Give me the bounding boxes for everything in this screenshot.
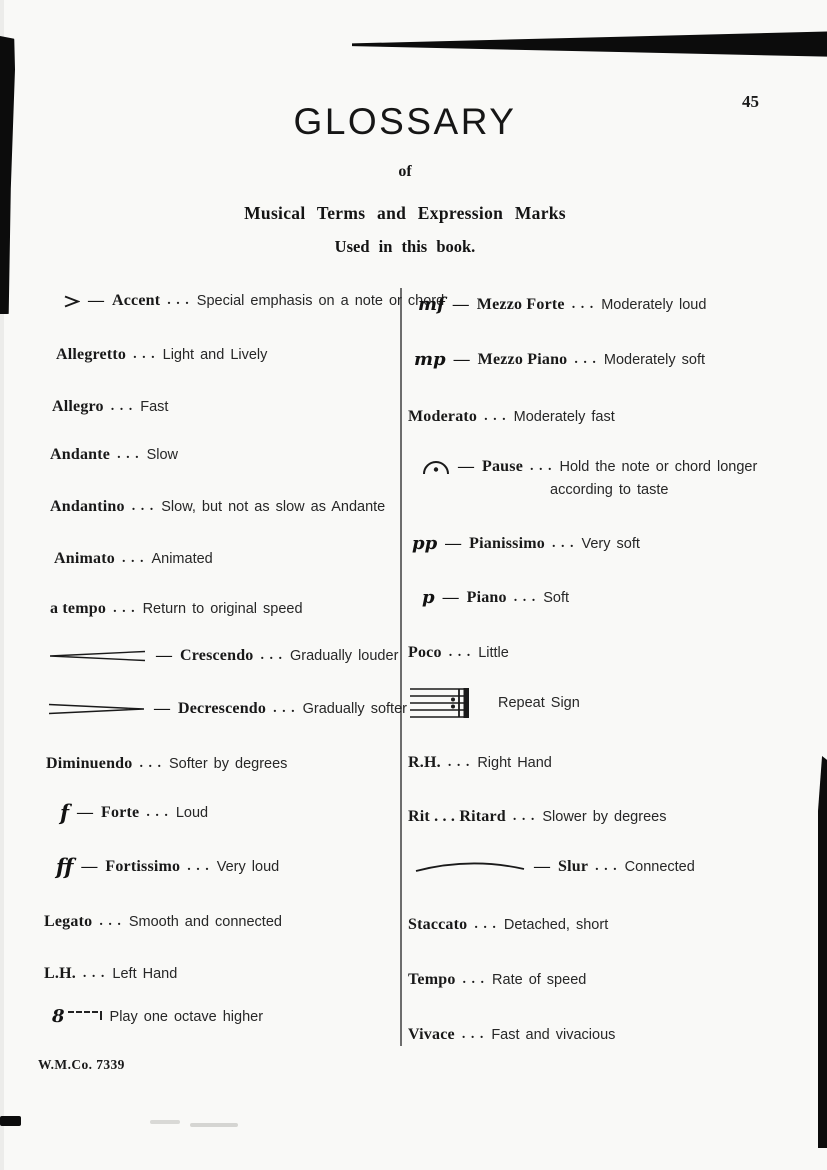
glossary-entry-line: Tempo. . .Rate of speed: [408, 971, 586, 989]
dots-separator: . . .: [261, 648, 284, 664]
glossary-entry: Vivace. . .Fast and vivacious: [408, 1026, 615, 1044]
glossary-entry-line: Andante. . .Slow: [50, 446, 178, 464]
piano-icon: p: [422, 589, 435, 607]
glossary-entry-line: p—Piano. . .Soft: [422, 589, 569, 607]
glossary-entry: Tempo. . .Rate of speed: [408, 971, 586, 989]
dots-separator: . . .: [117, 447, 140, 463]
term-label: Poco: [408, 644, 442, 662]
glossary-entry: —Accent. . .Special emphasis on a note o…: [64, 292, 444, 310]
glossary-entry: Allegro. . .Fast: [52, 398, 168, 416]
slur-icon: [414, 860, 526, 874]
dash-separator: —: [534, 858, 550, 876]
term-label: Crescendo: [180, 647, 254, 665]
term-label: Piano: [467, 589, 507, 607]
glossary-entry-line: Andantino. . .Slow, but not as slow as A…: [50, 498, 385, 516]
definition-text: Slow, but not as slow as Andante: [161, 499, 385, 515]
definition-text: Hold the note or chord longer: [560, 459, 758, 475]
pianissimo-icon: pp: [412, 535, 437, 553]
mezzo-forte-icon: mf: [418, 296, 445, 314]
term-label: Moderato: [408, 408, 477, 426]
glossary-entry-line: R.H.. . .Right Hand: [408, 754, 552, 772]
dots-separator: . . .: [133, 347, 156, 363]
definition-text: Gradually softer: [303, 701, 407, 717]
dots-separator: . . .: [187, 859, 210, 875]
term-label: Pause: [482, 458, 523, 476]
definition-text: Slow: [147, 447, 178, 463]
glossary-entry-line: —Crescendo. . .Gradually louder: [48, 647, 398, 665]
definition-text-line2: according to taste: [550, 482, 757, 498]
dots-separator: . . .: [514, 590, 537, 606]
dots-separator: . . .: [574, 352, 597, 368]
definition-text: Animated: [151, 551, 212, 567]
dots-separator: . . .: [595, 859, 618, 875]
dots-separator: . . .: [572, 297, 595, 313]
dash-separator: —: [154, 700, 170, 718]
glossary-entry-line: —Accent. . .Special emphasis on a note o…: [64, 292, 444, 310]
dash-separator: —: [77, 804, 93, 822]
dots-separator: . . .: [113, 601, 136, 617]
definition-text: Moderately loud: [601, 297, 706, 313]
term-label: Animato: [54, 550, 115, 568]
glossary-entry-line: mf—Mezzo Forte. . .Moderately loud: [418, 296, 706, 314]
definition-text: Fast: [140, 399, 168, 415]
glossary-entry: Legato. . .Smooth and connected: [44, 913, 282, 931]
glossary-entry: pp—Pianissimo. . .Very soft: [412, 535, 640, 553]
definition-text: Moderately soft: [604, 352, 705, 368]
term-label: Pianissimo: [469, 535, 545, 553]
definition-text: Little: [478, 645, 509, 661]
dots-separator: . . .: [484, 409, 507, 425]
glossary-entry-line: ff—Fortissimo. . .Very loud: [56, 856, 279, 877]
definition-text: Left Hand: [112, 966, 177, 982]
dash-separator: —: [454, 351, 470, 369]
definition-text: Play one octave higher: [110, 1009, 264, 1025]
definition-text: Very soft: [581, 536, 639, 552]
glossary-entry-line: Repeat Sign: [410, 686, 580, 720]
repeat-sign-icon: [410, 686, 472, 720]
glossary-entry: a tempo. . .Return to original speed: [50, 600, 303, 618]
dash-separator: —: [453, 296, 469, 314]
glossary-entry: ff—Fortissimo. . .Very loud: [56, 856, 279, 877]
decrescendo-icon: [46, 702, 146, 716]
term-label: Allegretto: [56, 346, 126, 364]
term-label: Andante: [50, 446, 110, 464]
glossary-entry: L.H.. . .Left Hand: [44, 965, 177, 983]
definition-text: Special emphasis on a note or chord: [197, 293, 444, 309]
term-label: Diminuendo: [46, 755, 132, 773]
term-label: R.H.: [408, 754, 441, 772]
dash-separator: —: [81, 858, 97, 876]
glossary-entry-line: —Decrescendo. . .Gradually softer: [46, 700, 407, 718]
glossary-entry-line: 8Play one octave higher: [52, 1008, 263, 1026]
definition-text: Loud: [176, 805, 208, 821]
term-label: a tempo: [50, 600, 106, 618]
definition-text: Repeat Sign: [498, 695, 580, 711]
glossary-entry-line: Vivace. . .Fast and vivacious: [408, 1026, 615, 1044]
term-label: Forte: [101, 804, 139, 822]
dots-separator: . . .: [99, 914, 122, 930]
dash-separator: —: [443, 589, 459, 607]
dots-separator: . . .: [167, 293, 190, 309]
glossary-entry-line: Allegro. . .Fast: [52, 398, 168, 416]
dash-separator: —: [88, 292, 104, 310]
dots-separator: . . .: [273, 701, 296, 717]
glossary-entry-line: —Slur. . .Connected: [414, 858, 695, 876]
term-label: Slur: [558, 858, 588, 876]
glossary-entry-line: —Pause. . .Hold the note or chord longer: [422, 458, 757, 476]
glossary-entry: Repeat Sign: [410, 686, 580, 720]
dots-separator: . . .: [146, 805, 169, 821]
ottava-icon: 8: [52, 1008, 102, 1026]
glossary-entry-line: a tempo. . .Return to original speed: [50, 600, 303, 618]
dots-separator: . . .: [111, 399, 134, 415]
subtitle-line2: Used in this book.: [0, 237, 810, 257]
glossary-entry: Andante. . .Slow: [50, 446, 178, 464]
subtitle-line1: Musical Terms and Expression Marks: [0, 203, 810, 224]
glossary-entry: —Crescendo. . .Gradually louder: [48, 647, 398, 665]
glossary-entry: —Decrescendo. . .Gradually softer: [46, 700, 407, 718]
definition-text: Gradually louder: [290, 648, 398, 664]
glossary-entry-line: Poco. . .Little: [408, 644, 509, 662]
scan-artifact-bottom-dash: [0, 1116, 21, 1126]
term-label: Mezzo Piano: [478, 351, 568, 369]
glossary-entry-line: Staccato. . .Detached, short: [408, 916, 608, 934]
term-label: Accent: [112, 292, 160, 310]
glossary-entry: Moderato. . .Moderately fast: [408, 408, 615, 426]
definition-text: Return to original speed: [143, 601, 303, 617]
glossary-entry: —Pause. . .Hold the note or chord longer…: [422, 458, 757, 498]
term-label: Andantino: [50, 498, 125, 516]
glossary-entry: Poco. . .Little: [408, 644, 509, 662]
scan-artifact-right-bar: [818, 756, 827, 1148]
subtitle-of: of: [0, 163, 810, 181]
glossary-entry: Allegretto. . .Light and Lively: [56, 346, 267, 364]
dots-separator: . . .: [122, 551, 145, 567]
term-label: Fortissimo: [105, 858, 180, 876]
term-label: Decrescendo: [178, 700, 266, 718]
definition-text: Rate of speed: [492, 972, 586, 988]
glossary-entry-line: Rit . . . Ritard. . .Slower by degrees: [408, 808, 666, 826]
scan-artifact-smudge: [190, 1123, 238, 1127]
mezzo-piano-icon: mp: [414, 351, 446, 369]
glossary-entry: Animato. . .Animated: [54, 550, 213, 568]
dots-separator: . . .: [552, 536, 575, 552]
dots-separator: . . .: [139, 756, 162, 772]
definition-text: Slower by degrees: [542, 809, 666, 825]
term-label: Mezzo Forte: [477, 296, 565, 314]
term-label: Vivace: [408, 1026, 455, 1044]
glossary-entry: —Slur. . .Connected: [414, 858, 695, 876]
column-divider: [400, 288, 402, 1046]
dash-separator: —: [458, 458, 474, 476]
dots-separator: . . .: [474, 917, 497, 933]
scan-artifact-smudge: [150, 1120, 180, 1124]
glossary-entry-line: f—Forte. . .Loud: [60, 802, 208, 823]
definition-text: Detached, short: [504, 917, 608, 933]
definition-text: Right Hand: [477, 755, 552, 771]
glossary-entry: Staccato. . .Detached, short: [408, 916, 608, 934]
printer-footer: W.M.Co. 7339: [38, 1057, 125, 1073]
glossary-entry-line: pp—Pianissimo. . .Very soft: [412, 535, 640, 553]
dash-separator: —: [156, 647, 172, 665]
glossary-entry-line: Legato. . .Smooth and connected: [44, 913, 282, 931]
glossary-entry-line: L.H.. . .Left Hand: [44, 965, 177, 983]
glossary-entry: f—Forte. . .Loud: [60, 802, 208, 823]
fermata-icon: [422, 459, 450, 476]
dots-separator: . . .: [462, 1027, 485, 1043]
term-label: Rit . . . Ritard: [408, 808, 506, 826]
definition-text: Smooth and connected: [129, 914, 282, 930]
dots-separator: . . .: [132, 499, 155, 515]
crescendo-icon: [48, 649, 148, 663]
glossary-entry: 8Play one octave higher: [52, 1008, 263, 1026]
scanned-page: 45 GLOSSARY of Musical Terms and Express…: [0, 0, 827, 1170]
glossary-entry-line: Moderato. . .Moderately fast: [408, 408, 615, 426]
definition-text: Softer by degrees: [169, 756, 287, 772]
term-label: L.H.: [44, 965, 76, 983]
glossary-entry: Rit . . . Ritard. . .Slower by degrees: [408, 808, 666, 826]
glossary-entry: R.H.. . .Right Hand: [408, 754, 552, 772]
scan-artifact-top-line: [352, 31, 827, 58]
definition-text: Soft: [543, 590, 569, 606]
glossary-entry-line: Diminuendo. . .Softer by degrees: [46, 755, 287, 773]
term-label: Staccato: [408, 916, 467, 934]
dots-separator: . . .: [449, 645, 472, 661]
definition-text: Light and Lively: [163, 347, 268, 363]
term-label: Tempo: [408, 971, 456, 989]
dots-separator: . . .: [513, 809, 536, 825]
glossary-entry-line: Allegretto. . .Light and Lively: [56, 346, 267, 364]
glossary-entry: Andantino. . .Slow, but not as slow as A…: [50, 498, 385, 516]
dots-separator: . . .: [463, 972, 486, 988]
glossary-entry: p—Piano. . .Soft: [422, 589, 569, 607]
accent-icon: [64, 295, 80, 308]
dots-separator: . . .: [530, 459, 553, 475]
definition-text: Very loud: [217, 859, 279, 875]
dots-separator: . . .: [448, 755, 471, 771]
definition-text: Moderately fast: [514, 409, 615, 425]
term-label: Legato: [44, 913, 92, 931]
glossary-entry-line: mp—Mezzo Piano. . .Moderately soft: [414, 351, 705, 369]
forte-icon: f: [60, 802, 69, 823]
glossary-entry-line: Animato. . .Animated: [54, 550, 213, 568]
definition-text: Fast and vivacious: [491, 1027, 615, 1043]
glossary-entry: Diminuendo. . .Softer by degrees: [46, 755, 287, 773]
glossary-entry: mf—Mezzo Forte. . .Moderately loud: [418, 296, 706, 314]
definition-text: Connected: [625, 859, 695, 875]
glossary-entry: mp—Mezzo Piano. . .Moderately soft: [414, 351, 705, 369]
dash-separator: —: [445, 535, 461, 553]
term-label: Allegro: [52, 398, 104, 416]
page-title: GLOSSARY: [0, 101, 810, 143]
fortissimo-icon: ff: [56, 856, 73, 877]
dots-separator: . . .: [83, 966, 106, 982]
